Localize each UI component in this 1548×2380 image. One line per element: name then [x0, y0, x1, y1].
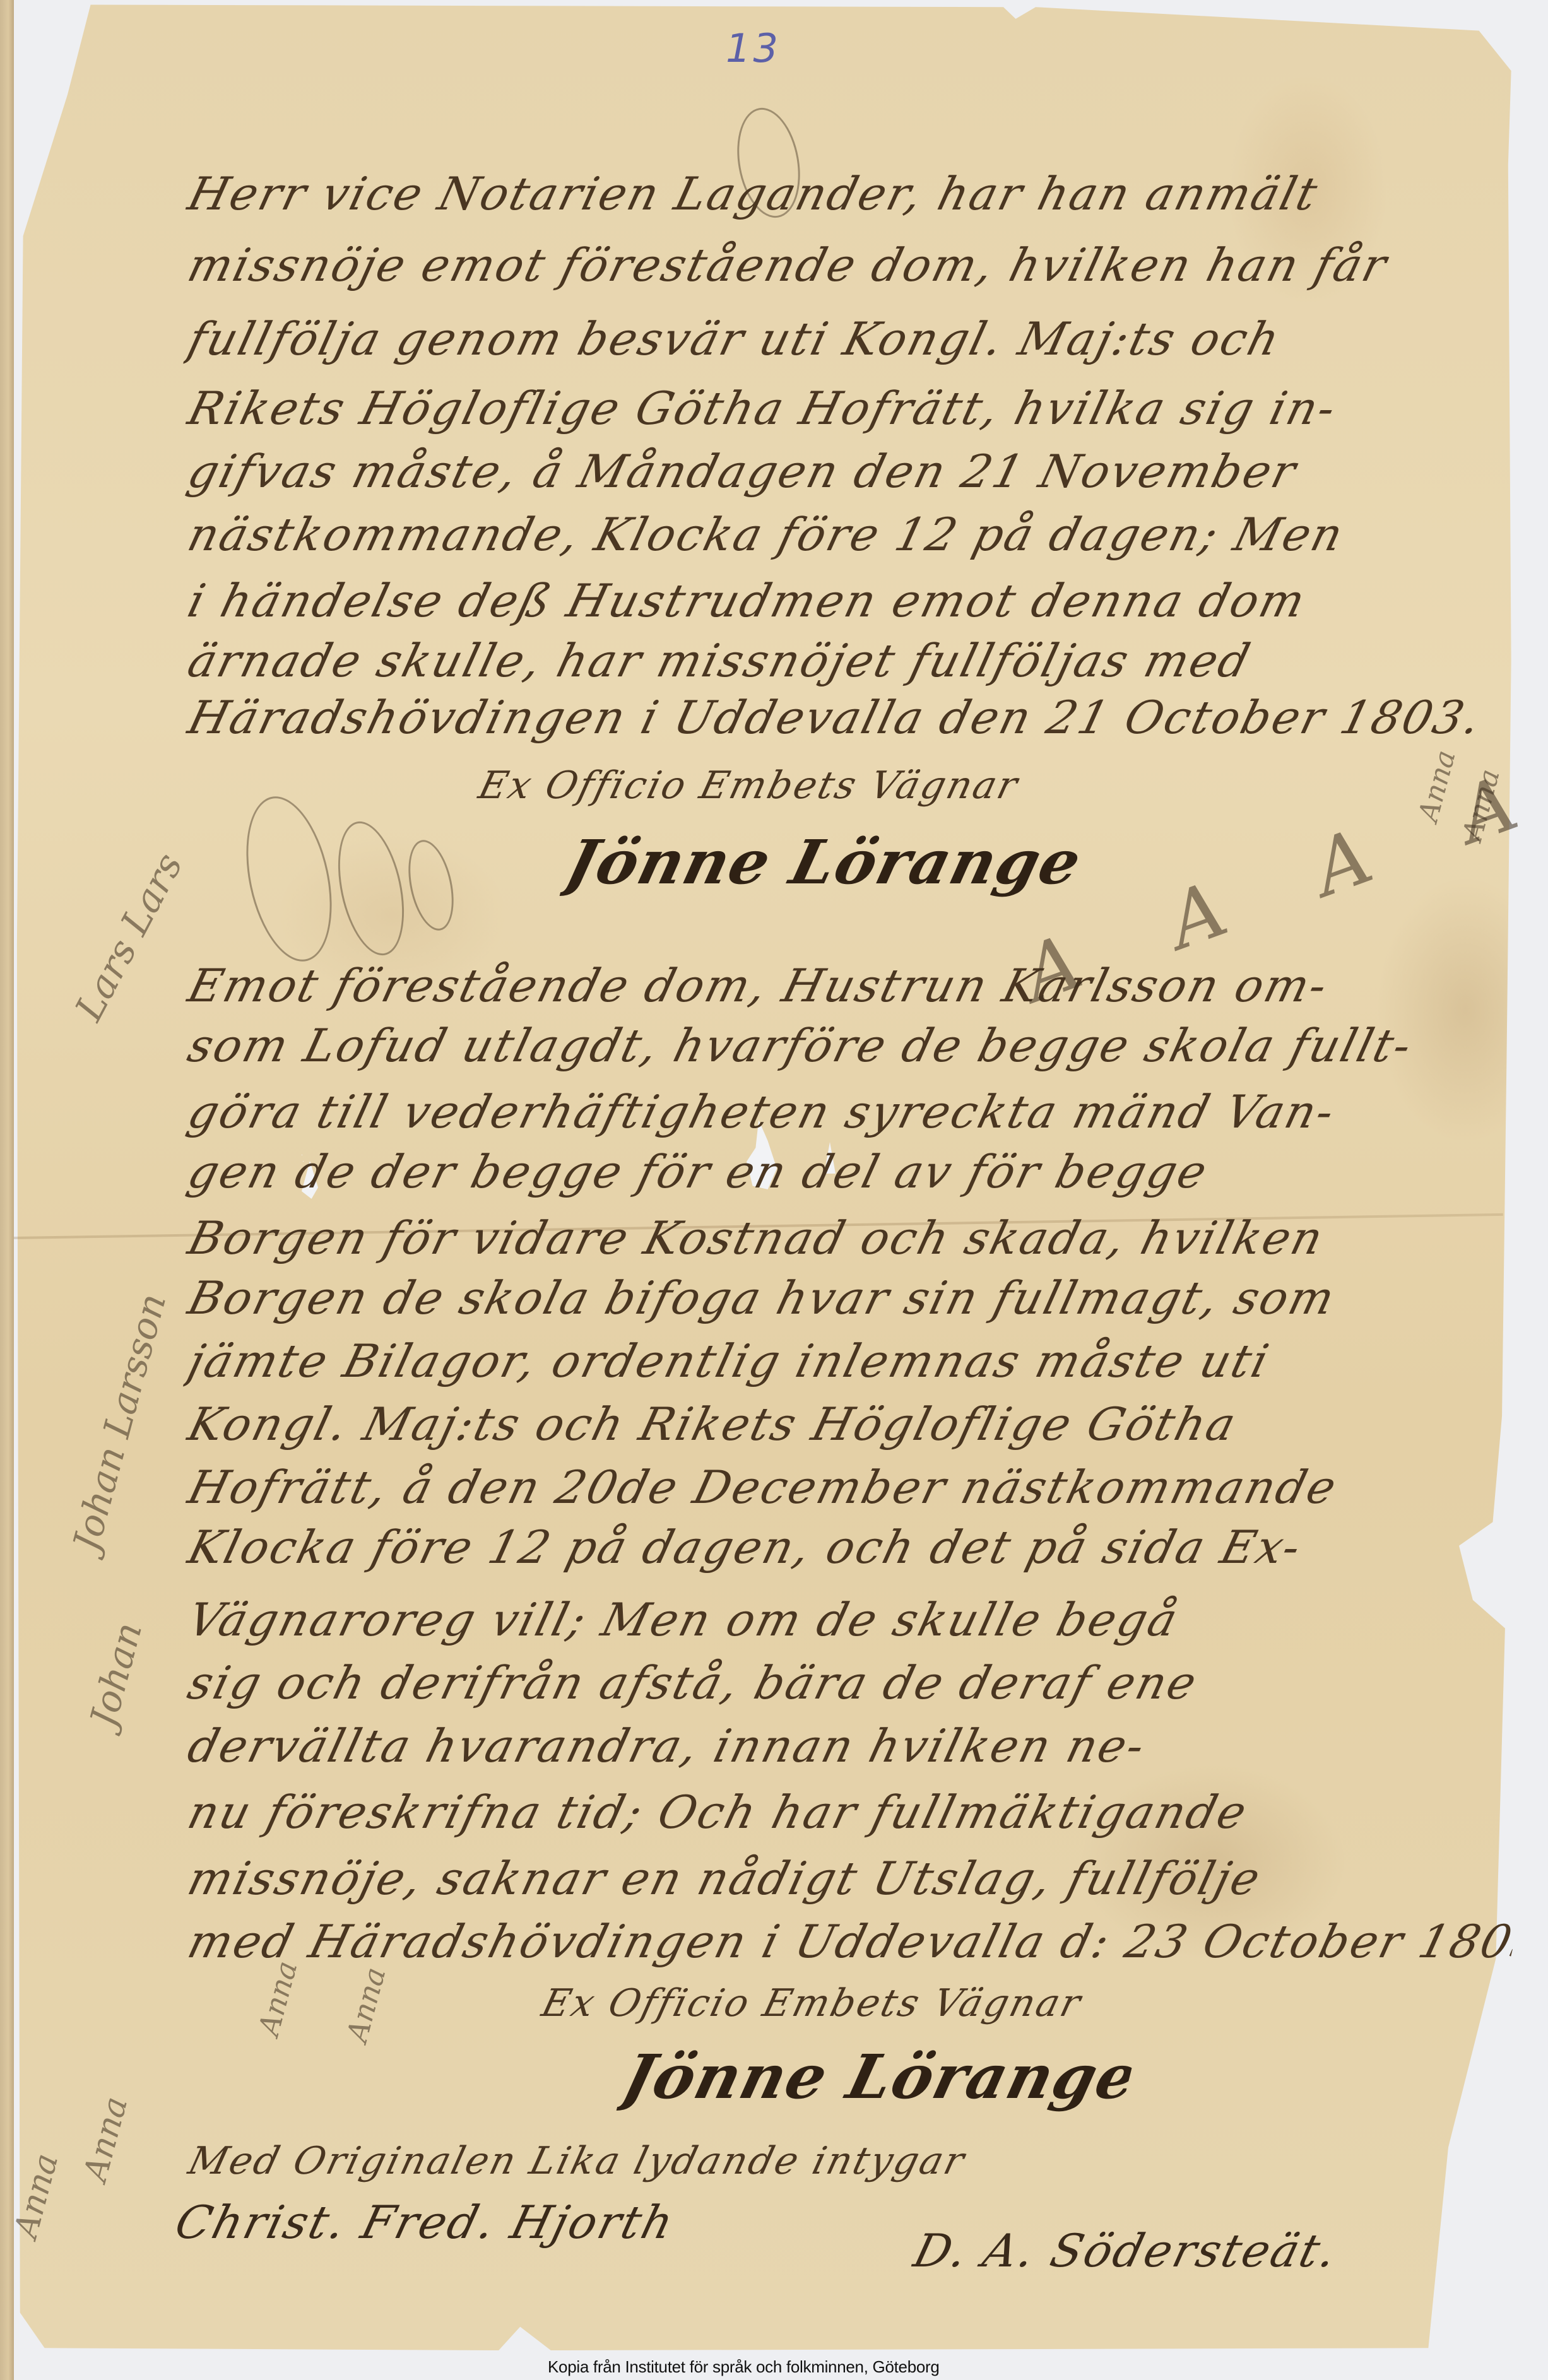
text-line: gen de der begge för en del av för begge — [183, 1145, 1521, 1198]
text-line: Vägnaroreg vill; Men om de skulle begå — [183, 1593, 1521, 1646]
text-line: Emot förestående dom, Hustrun Karlsson o… — [183, 959, 1521, 1012]
text-line: i händelse deß Hustrudmen emot denna dom — [183, 574, 1521, 627]
signature: Jönne Lörange — [559, 827, 1145, 898]
text-line: Herr vice Notarien Lagander, har han anm… — [183, 167, 1521, 220]
text-line: Borgen de skola bifoga hvar sin fullmagt… — [183, 1271, 1521, 1324]
text-line: Klocka före 12 på dagen, och det på sida… — [183, 1521, 1521, 1574]
text-line: nu föreskrifna tid; Och har fullmäktigan… — [183, 1786, 1521, 1839]
closing-formula: Ex Officio Embets Vägnar — [537, 1981, 1116, 2025]
binding-spine — [0, 0, 14, 2380]
text-line: med Häradshövdingen i Uddevalla d: 23 Oc… — [183, 1915, 1521, 1968]
witness-signature-right: D. A. Södersteät. — [909, 2224, 1364, 2277]
text-line: ärnade skulle, har missnöjet fullföljas … — [183, 634, 1521, 687]
text-line: missnöje emot förestående dom, hvilken h… — [183, 239, 1521, 292]
text-line: Kongl. Maj:ts och Rikets Högloflige Göth… — [183, 1398, 1521, 1451]
archive-caption: Kopia från Institutet för språk och folk… — [548, 2357, 940, 2377]
attestation-line: Med Originalen Lika lydande intygar — [184, 2139, 1204, 2183]
closing-formula: Ex Officio Embets Vägnar — [474, 763, 1116, 808]
text-line: Hofrätt, å den 20de December nästkommand… — [183, 1461, 1521, 1514]
text-line: jämte Bilagor, ordentlig inlemnas måste … — [183, 1334, 1521, 1387]
text-line: Rikets Högloflige Götha Hofrätt, hvilka … — [183, 382, 1521, 435]
text-line: fullfölja genom besvär uti Kongl. Maj:ts… — [183, 312, 1521, 365]
text-line: Häradshövdingen i Uddevalla den 21 Octob… — [183, 691, 1521, 744]
witness-signature-left: Christ. Fred. Hjorth — [170, 2196, 752, 2249]
text-line: Borgen för vidare Kostnad och skada, hvi… — [183, 1211, 1521, 1264]
text-line: dervällta hvarandra, innan hvilken ne- — [183, 1719, 1490, 1772]
text-line: som Lofud utlagdt, hvarföre de begge sko… — [183, 1019, 1521, 1072]
signature: Jönne Lörange — [616, 2041, 1138, 2112]
text-line: nästkommande, Klocka före 12 på dagen; M… — [183, 508, 1521, 561]
text-line: gifvas måste, å Måndagen den 21 November — [183, 445, 1521, 498]
text-line: missnöje, saknar en nådigt Utslag, fullf… — [183, 1852, 1521, 1905]
text-line: sig och derifrån afstå, bära de deraf en… — [183, 1656, 1490, 1709]
text-line: göra till vederhäftigheten syreckta mänd… — [183, 1085, 1521, 1138]
page-number: 13 — [726, 25, 781, 71]
